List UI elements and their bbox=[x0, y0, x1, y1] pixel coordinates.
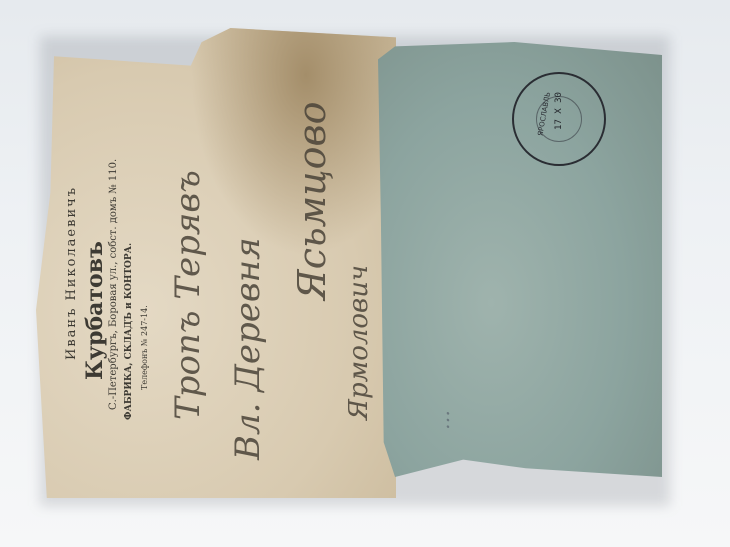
handwriting-line: Вл. Деревня bbox=[228, 237, 268, 460]
handwriting-line: Ярмолович bbox=[344, 265, 374, 420]
postmark: ЯРОСЛАВЛЬ 17 X 30 bbox=[512, 72, 606, 166]
handwriting-line: Тропъ Терявъ bbox=[168, 170, 208, 420]
printed-name: Иванъ Николаевичъ bbox=[64, 186, 79, 360]
printed-address: С.-Петербургъ, Боровая ул., собст. домъ … bbox=[108, 159, 119, 410]
handwriting-line: … bbox=[430, 410, 454, 430]
postmark-date: 17 X 30 bbox=[554, 66, 564, 156]
printed-phone: Телефонъ № 247-14. bbox=[140, 305, 149, 390]
printed-surname: Курбатовъ bbox=[82, 241, 108, 380]
handwriting-line: Ясьмцово bbox=[290, 101, 334, 300]
printed-business: ФАБРИКА, СКЛАДЪ и КОНТОРА. bbox=[124, 243, 134, 420]
